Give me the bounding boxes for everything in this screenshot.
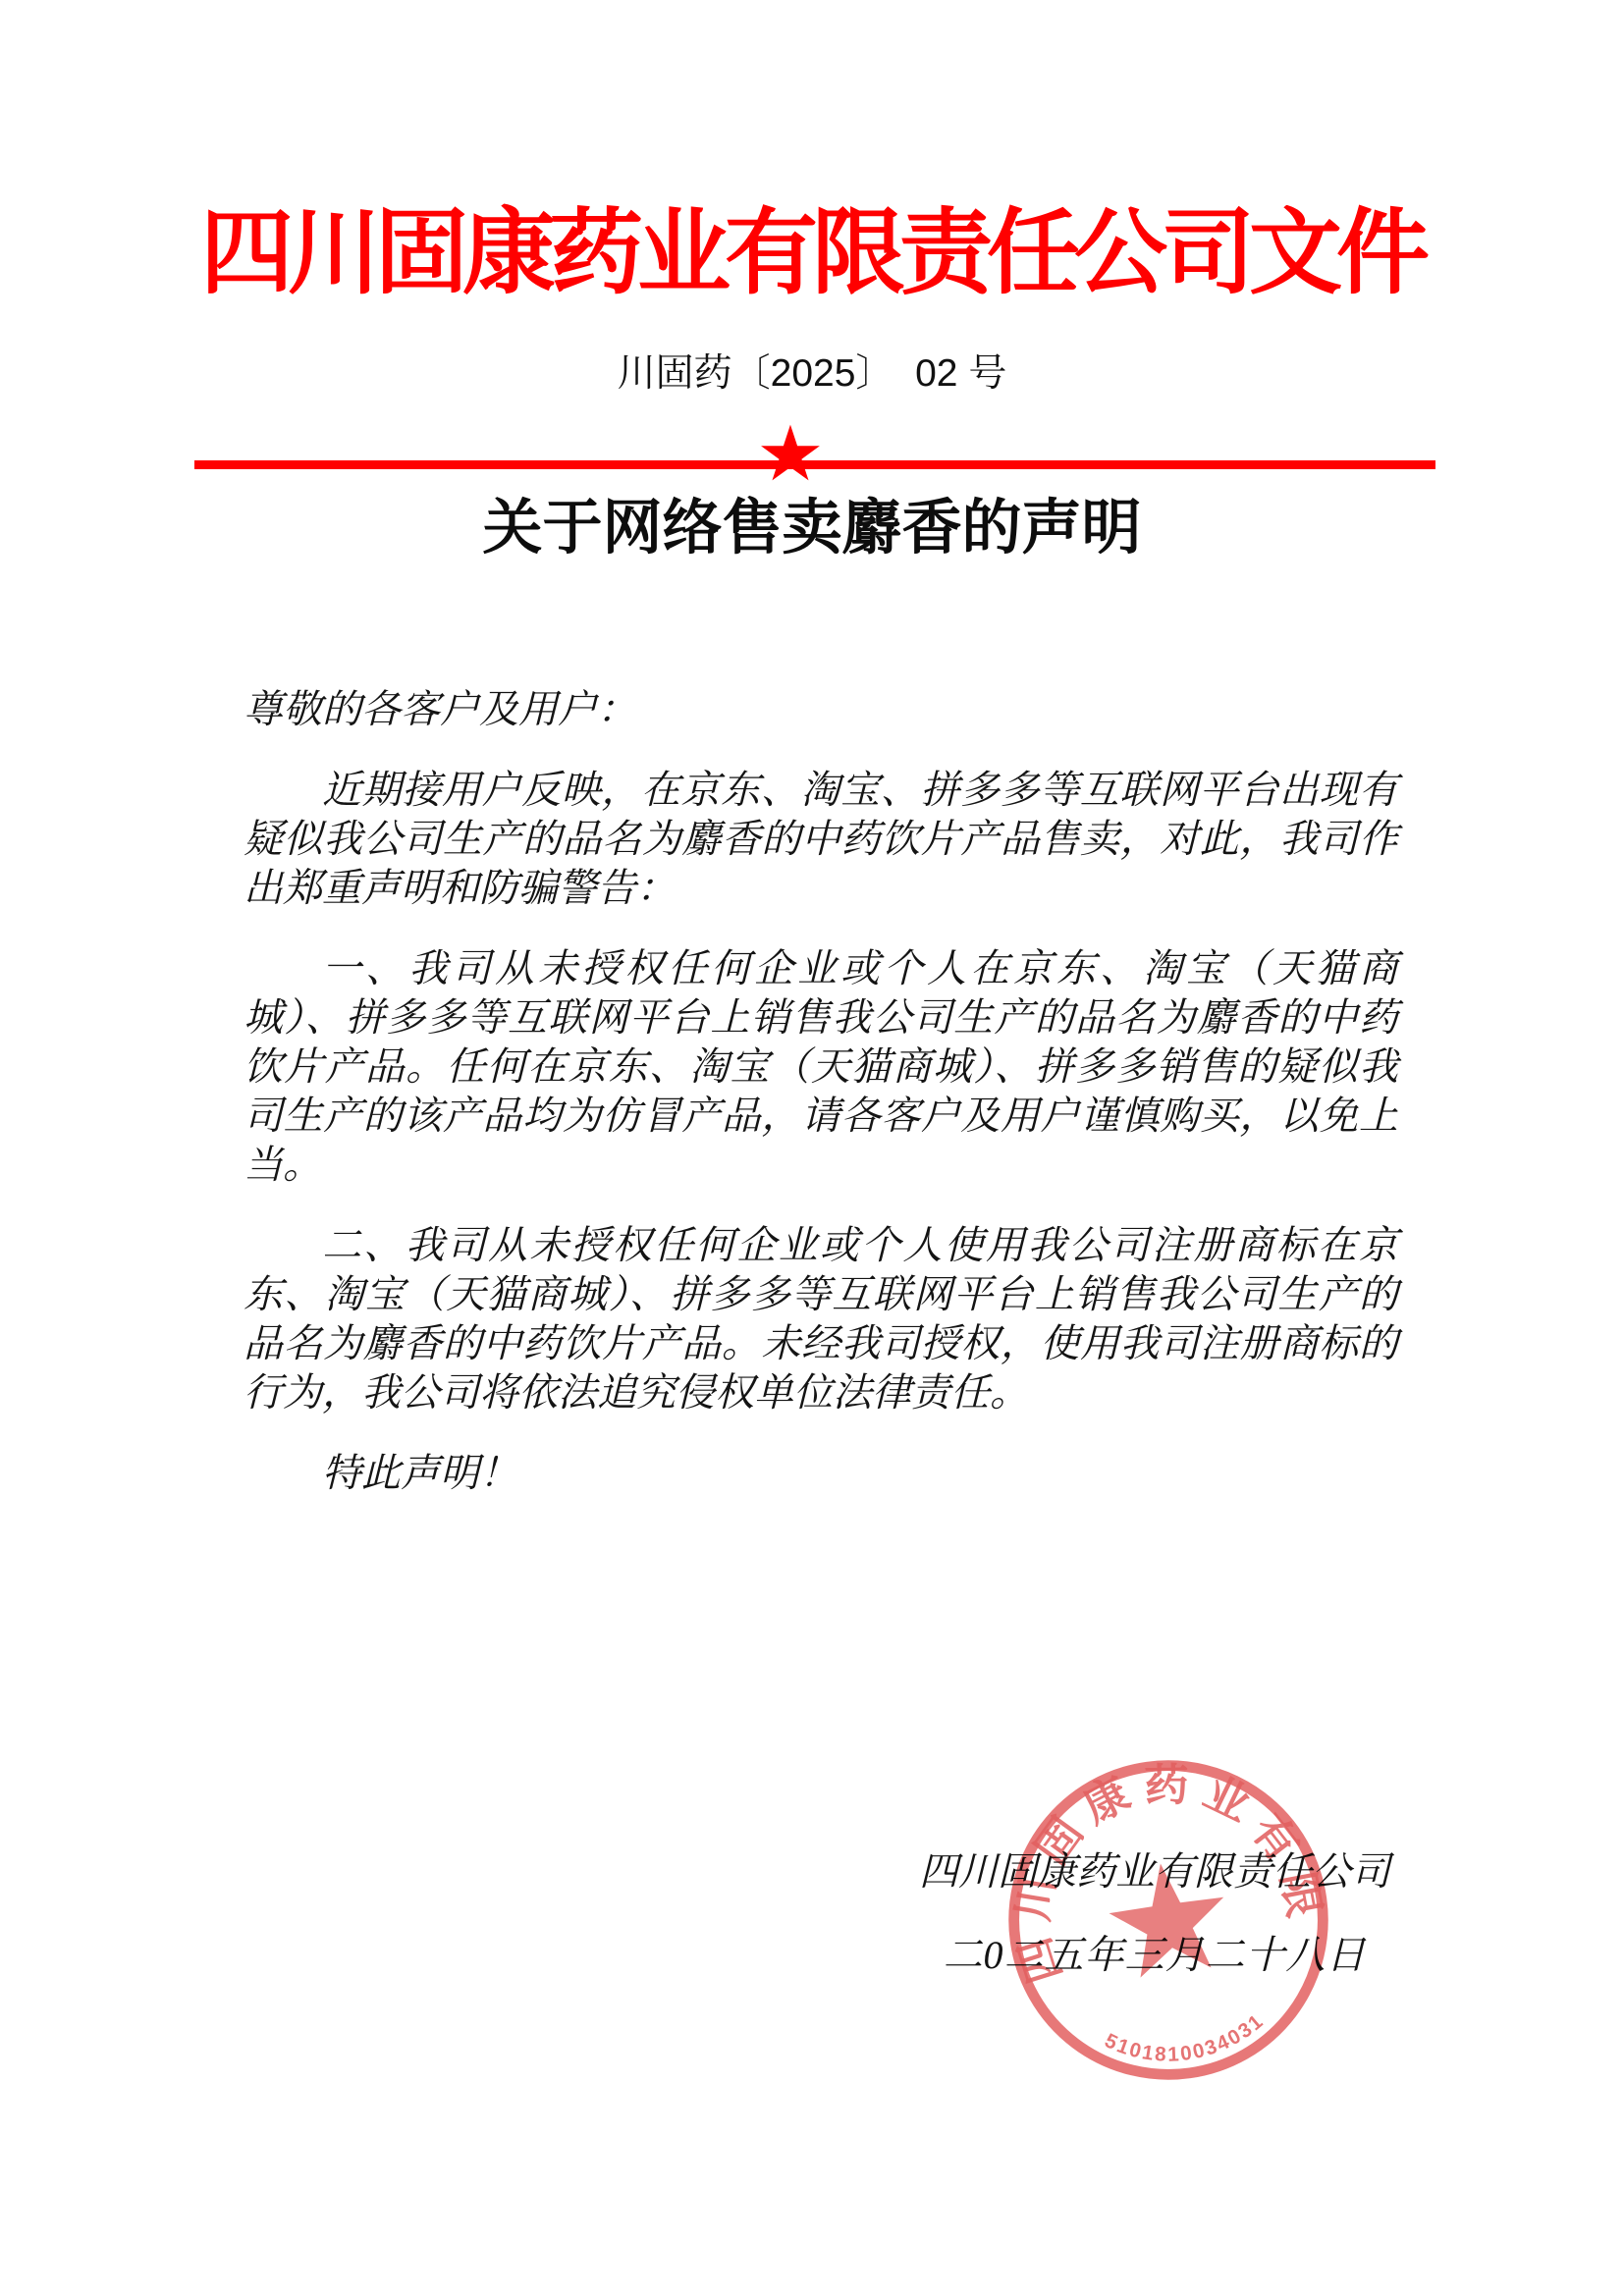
star-icon: ★ (756, 416, 825, 493)
document-title: 关于网络售卖麝香的声明 (0, 495, 1624, 561)
seal-star-icon (1104, 1855, 1233, 1980)
paragraph-intro: 近期接用户反映，在京东、淘宝、拼多多等互联网平台出现有疑似我公司生产的品名为麝香… (244, 766, 1398, 913)
paragraph-item-2: 二、我司从未授权任何企业或个人使用我公司注册商标在京东、淘宝（天猫商城）、拼多多… (244, 1221, 1398, 1417)
document-number: 川固药〔2025〕 02 号 (0, 353, 1624, 396)
letterhead-title: 四川固康药业有限责任公司文件 (0, 202, 1624, 305)
company-seal: 四川固康药业有限责任公司 5101810034031 (972, 1724, 1365, 2116)
salutation: 尊敬的各客户及用户： (244, 685, 1398, 734)
closing-statement: 特此声明！ (244, 1449, 1398, 1498)
document-body: 尊敬的各客户及用户： 近期接用户反映，在京东、淘宝、拼多多等互联网平台出现有疑似… (244, 685, 1398, 1498)
document-page: 四川固康药业有限责任公司文件 川固药〔2025〕 02 号 ★ 关于网络售卖麝香… (0, 0, 1624, 2296)
paragraph-item-1: 一、我司从未授权任何企业或个人在京东、淘宝（天猫商城）、拼多多等互联网平台上销售… (244, 944, 1398, 1190)
